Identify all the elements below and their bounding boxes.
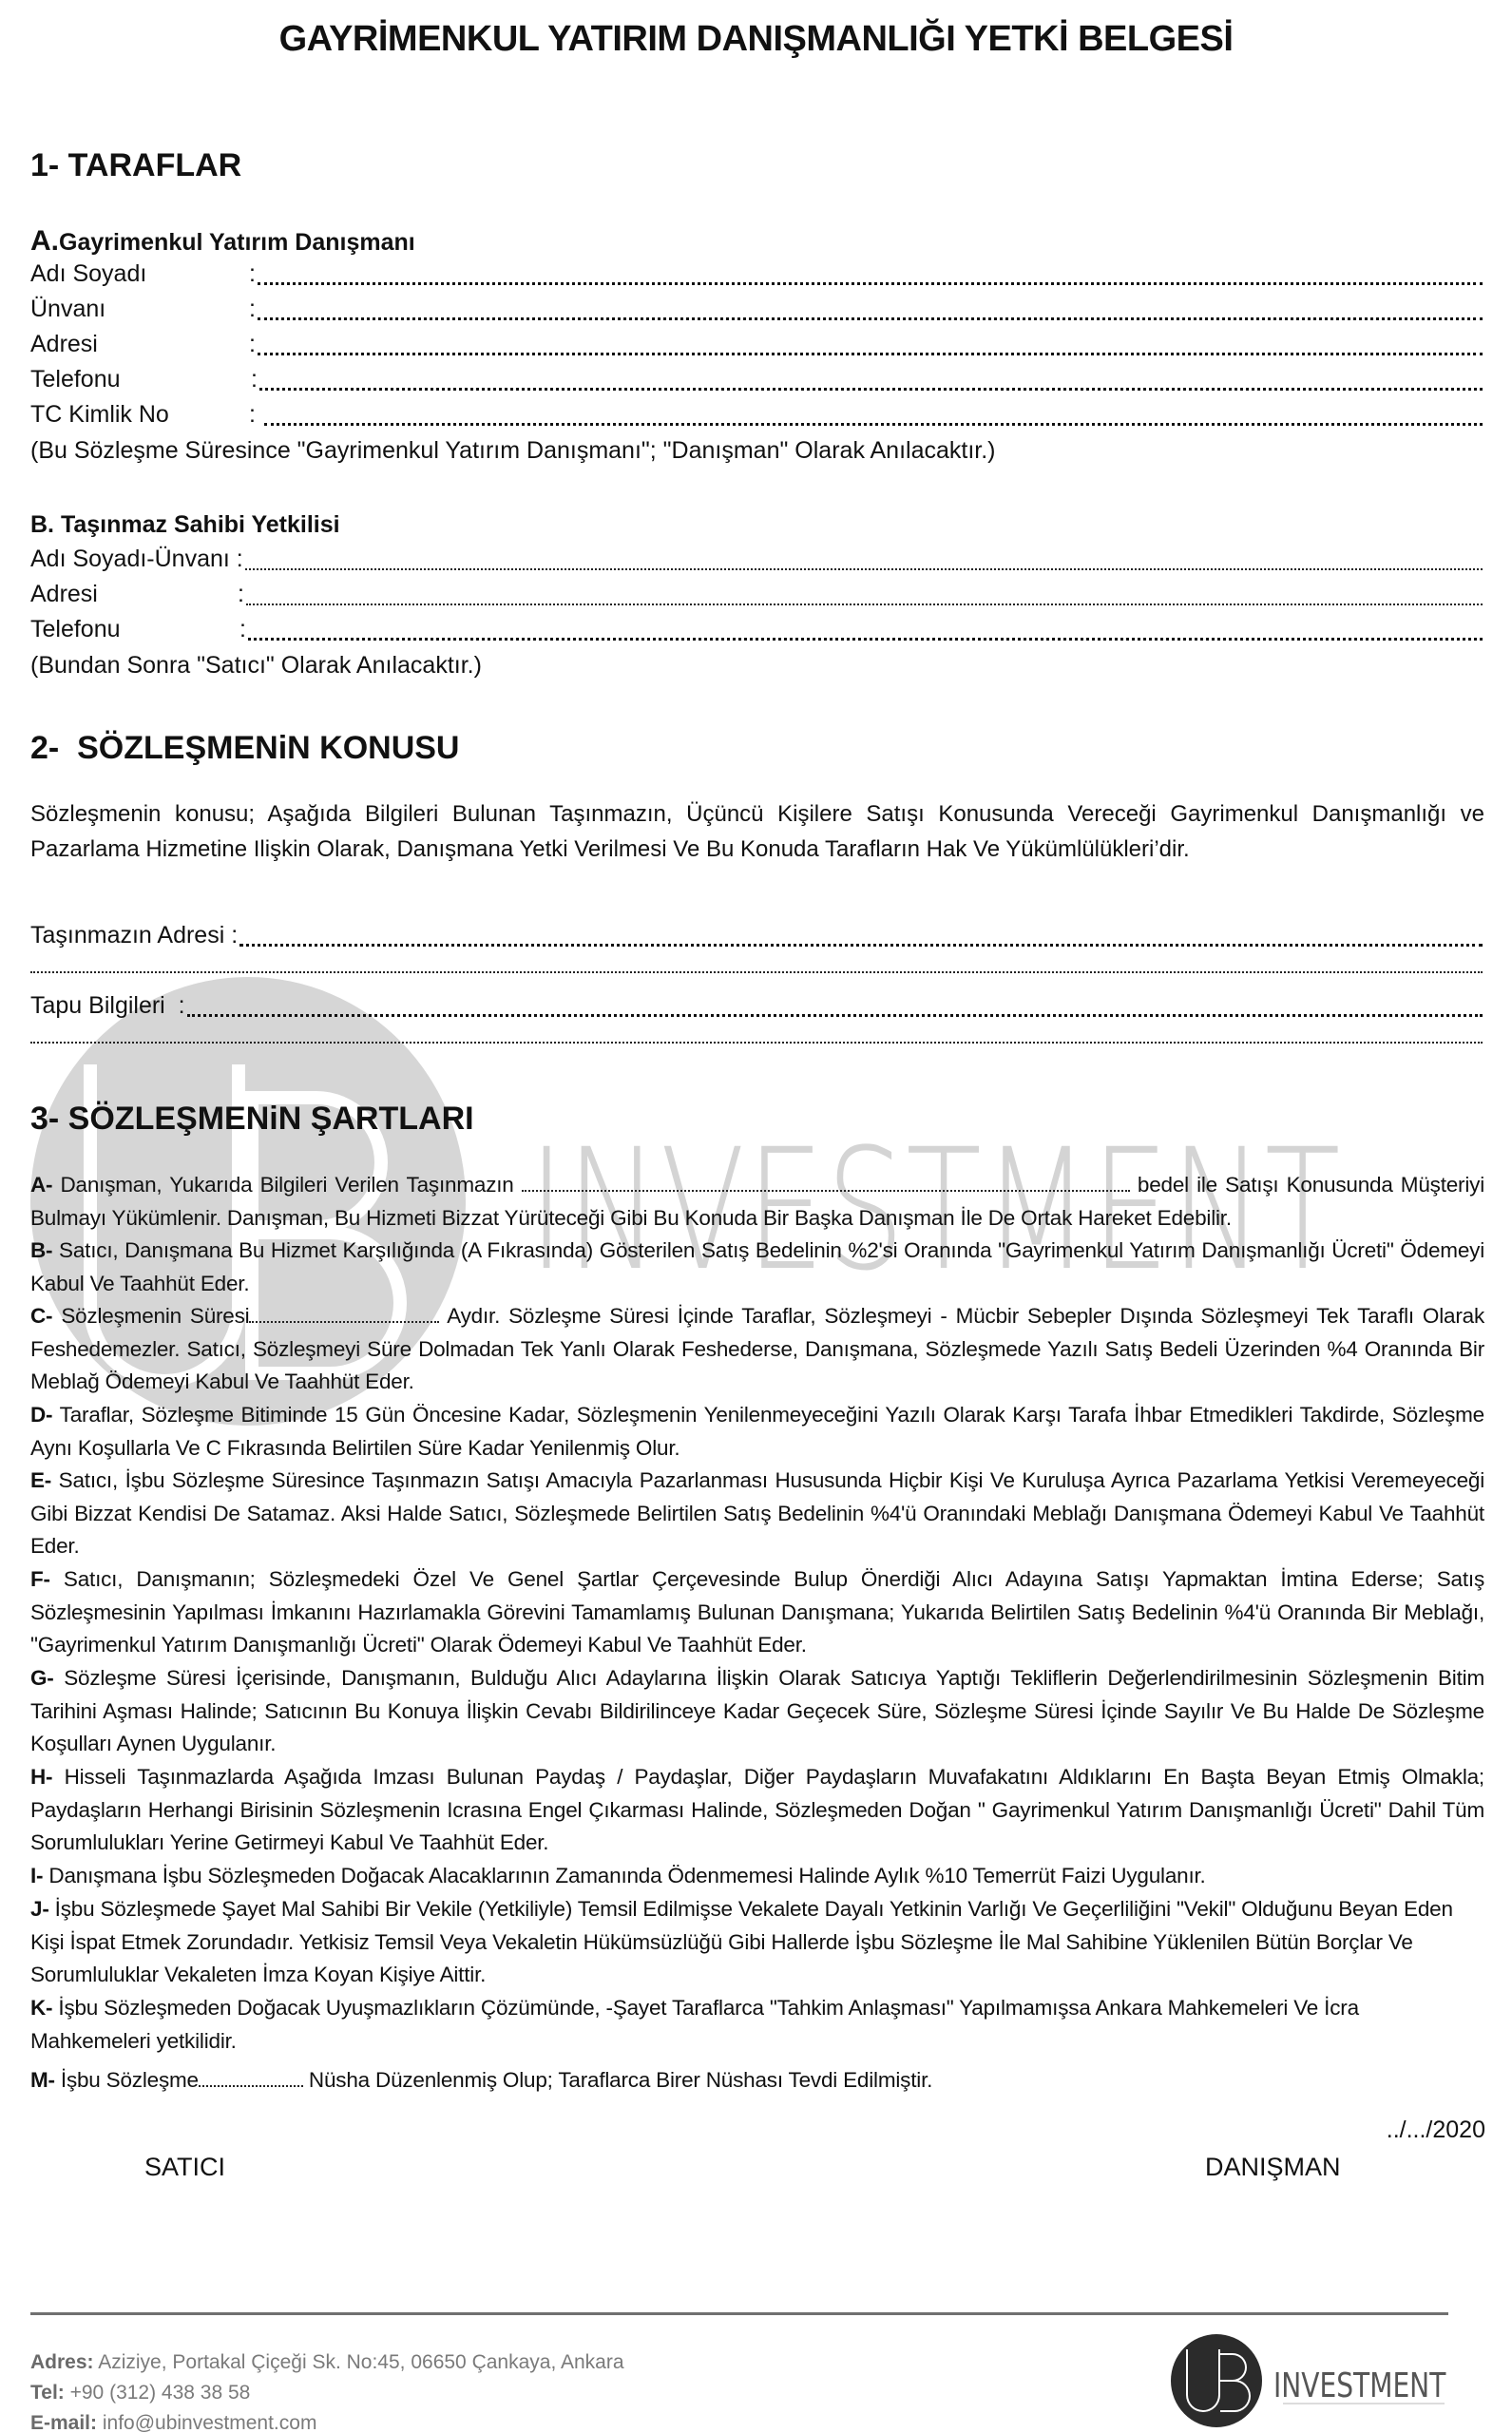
party-a-prefix: A. — [30, 225, 59, 257]
phone-value: +90 (312) 438 38 58 — [65, 2382, 251, 2404]
clause-text: Danışmana İşbu Sözleşmeden Doğacak Alaca… — [43, 1864, 1205, 1887]
email-label: E-mail: — [30, 2412, 97, 2433]
field-colon: : — [238, 581, 244, 608]
clause-text: Hisseli Taşınmazlarda Aşağıda Imzası Bul… — [30, 1765, 1484, 1854]
fill-in-blank-duration[interactable] — [249, 1313, 439, 1323]
clause-text: Nüsha Düzenlenmiş Olup; Taraflarca Birer… — [303, 2068, 932, 2092]
section-2-body: Sözleşmenin konusu; Aşağıda Bilgileri Bu… — [30, 796, 1484, 867]
field-colon: : — [237, 546, 243, 573]
section-2-heading: 2- SÖZLEŞMENiN KONUSU — [30, 730, 459, 767]
footer-address: Adres: Aziziye, Portakal Çiçeği Sk. No:4… — [30, 2351, 624, 2374]
logo-underline — [1283, 2403, 1445, 2404]
footer-email: E-mail: info@ubinvestment.com — [30, 2412, 316, 2433]
fill-in-blank[interactable] — [258, 334, 1483, 355]
clause-text: İşbu Sözleşme — [55, 2068, 199, 2092]
field-colon: : — [249, 260, 256, 288]
clause-c: C- Sözleşmenin Süresi Aydır. Sözleşme Sü… — [30, 1300, 1484, 1399]
fill-in-blank[interactable] — [245, 549, 1483, 570]
field-b-phone[interactable]: Telefonu : — [30, 616, 1483, 648]
clause-label: J- — [30, 1897, 49, 1921]
signature-date[interactable]: ../.../2020 — [1387, 2117, 1485, 2144]
field-label: Telefonu — [30, 616, 239, 643]
field-title-deed-info[interactable]: Tapu Bilgileri : — [30, 992, 1483, 1025]
clause-a: A- Danışman, Yukarıda Bilgileri Verilen … — [30, 1169, 1484, 1235]
field-label: Telefonu — [30, 366, 251, 393]
seller-signature-label: SATICI — [144, 2153, 225, 2182]
field-label: Ünvanı — [30, 296, 249, 323]
field-b-address[interactable]: Adresi : — [30, 581, 1483, 613]
fill-in-line-title-deed-continued[interactable] — [30, 1042, 1483, 1044]
field-b-name-title[interactable]: Adı Soyadı-Ünvanı : — [30, 546, 1483, 578]
clause-text: Danışman, Yukarıda Bilgileri Verilen Taş… — [52, 1173, 521, 1197]
field-a-title[interactable]: Ünvanı : — [30, 296, 1483, 328]
logo-wordmark: INVESTMENT — [1273, 2366, 1445, 2405]
section-3-heading: 3- SÖZLEŞMENiN ŞARTLARI — [30, 1101, 474, 1138]
fill-in-blank-copies[interactable] — [199, 2078, 303, 2087]
party-a-note: (Bu Sözleşme Süresince "Gayrimenkul Yatı… — [30, 437, 996, 465]
fill-in-blank[interactable] — [259, 369, 1483, 391]
party-b-heading: B. Taşınmaz Sahibi Yetkilisi — [30, 511, 340, 539]
field-a-phone[interactable]: Telefonu : — [30, 366, 1483, 398]
address-value: Aziziye, Portakal Çiçeği Sk. No:45, 0665… — [94, 2351, 624, 2373]
section-1-heading: 1- TARAFLAR — [30, 147, 241, 184]
logo-u-letter — [1186, 2349, 1220, 2412]
field-colon: : — [251, 366, 258, 393]
clause-g: G- Sözleşme Süresi İçerisinde, Danışmanı… — [30, 1662, 1484, 1761]
clause-d: D- Taraflar, Sözleşme Bitiminde 15 Gün Ö… — [30, 1399, 1484, 1465]
party-a-heading: A.Gayrimenkul Yatırım Danışmanı — [30, 225, 415, 258]
fill-in-blank[interactable] — [258, 298, 1483, 320]
fill-in-blank[interactable] — [246, 584, 1483, 605]
field-label: Adı Soyadı-Ünvanı — [30, 546, 237, 573]
fill-in-blank[interactable] — [248, 619, 1483, 641]
field-colon: : — [179, 992, 185, 1020]
fill-in-blank[interactable] — [187, 995, 1483, 1017]
clause-label: E- — [30, 1468, 51, 1492]
clause-text: İşbu Sözleşmede Şayet Mal Sahibi Bir Vek… — [30, 1897, 1453, 1986]
clause-text: Sözleşme Süresi İçerisinde, Danışmanın, … — [30, 1666, 1484, 1755]
clause-label: A- — [30, 1173, 52, 1197]
clause-k: K- İşbu Sözleşmeden Doğacak Uyuşmazlıkla… — [30, 1992, 1484, 2058]
consultant-signature-label: DANIŞMAN — [1205, 2153, 1341, 2182]
clause-e: E- Satıcı, İşbu Sözleşme Süresince Taşın… — [30, 1465, 1484, 1563]
email-value[interactable]: info@ubinvestment.com — [97, 2412, 316, 2433]
field-colon: : — [249, 401, 262, 429]
field-a-address[interactable]: Adresi : — [30, 331, 1483, 363]
clause-f: F- Satıcı, Danışmanın; Sözleşmedeki Özel… — [30, 1563, 1484, 1662]
clause-label: F- — [30, 1567, 50, 1591]
field-label: Taşınmazın Adresi — [30, 922, 231, 949]
contract-page: INVESTMENT GAYRİMENKUL YATIRIM DANIŞMANL… — [0, 0, 1512, 2433]
field-label: TC Kimlik No — [30, 401, 249, 429]
clause-j: J- İşbu Sözleşmede Şayet Mal Sahibi Bir … — [30, 1893, 1484, 1992]
party-a-title: Gayrimenkul Yatırım Danışmanı — [59, 229, 415, 256]
clause-text: Satıcı, Danışmana Bu Hizmet Karşılığında… — [30, 1238, 1484, 1295]
phone-label: Tel: — [30, 2382, 65, 2404]
field-colon: : — [249, 331, 256, 358]
footer-phone: Tel: +90 (312) 438 38 58 — [30, 2382, 250, 2404]
fill-in-blank[interactable] — [264, 404, 1483, 426]
clause-label: I- — [30, 1864, 43, 1887]
field-a-name[interactable]: Adı Soyadı : — [30, 260, 1483, 293]
clause-label: H- — [30, 1765, 52, 1789]
clause-text: Sözleşmenin Süresi — [52, 1304, 249, 1328]
field-colon: : — [239, 616, 246, 643]
fill-in-blank[interactable] — [258, 263, 1483, 285]
clause-label: M- — [30, 2068, 55, 2092]
field-colon: : — [249, 296, 256, 323]
party-b-note: (Bundan Sonra "Satıcı" Olarak Anılacaktı… — [30, 652, 482, 680]
clause-label: C- — [30, 1304, 52, 1328]
clause-text: İşbu Sözleşmeden Doğacak Uyuşmazlıkların… — [30, 1996, 1359, 2053]
field-label: Adı Soyadı — [30, 260, 249, 288]
fill-in-blank-price[interactable] — [522, 1182, 1130, 1192]
field-label: Adresi — [30, 331, 249, 358]
clause-text: Satıcı, Danışmanın; Sözleşmedeki Özel Ve… — [30, 1567, 1484, 1657]
footer-divider — [30, 2312, 1448, 2315]
clause-text: Taraflar, Sözleşme Bitiminde 15 Gün Önce… — [30, 1403, 1484, 1460]
clause-label: G- — [30, 1666, 54, 1690]
field-label: Tapu Bilgileri — [30, 992, 179, 1020]
field-a-tc-id[interactable]: TC Kimlik No : — [30, 401, 1483, 433]
field-colon: : — [231, 922, 238, 949]
clause-label: B- — [30, 1238, 52, 1262]
field-property-address[interactable]: Taşınmazın Adresi : — [30, 922, 1483, 954]
field-label: Adresi — [30, 581, 238, 608]
clause-label: D- — [30, 1403, 52, 1427]
clause-i: I- Danışmana İşbu Sözleşmeden Doğacak Al… — [30, 1860, 1484, 1893]
document-title: GAYRİMENKUL YATIRIM DANIŞMANLIĞI YETKİ B… — [0, 19, 1512, 60]
clause-b: B- Satıcı, Danışmana Bu Hizmet Karşılığı… — [30, 1235, 1484, 1300]
fill-in-line-property-address-continued[interactable] — [30, 971, 1483, 973]
clause-text: Satıcı, İşbu Sözleşme Süresince Taşınmaz… — [30, 1468, 1484, 1558]
address-label: Adres: — [30, 2351, 94, 2373]
clause-m: M- İşbu Sözleşme Nüsha Düzenlenmiş Olup;… — [30, 2064, 1484, 2098]
fill-in-blank[interactable] — [239, 925, 1483, 947]
clause-h: H- Hisseli Taşınmazlarda Aşağıda Imzası … — [30, 1761, 1484, 1860]
clause-label: K- — [30, 1996, 52, 2020]
